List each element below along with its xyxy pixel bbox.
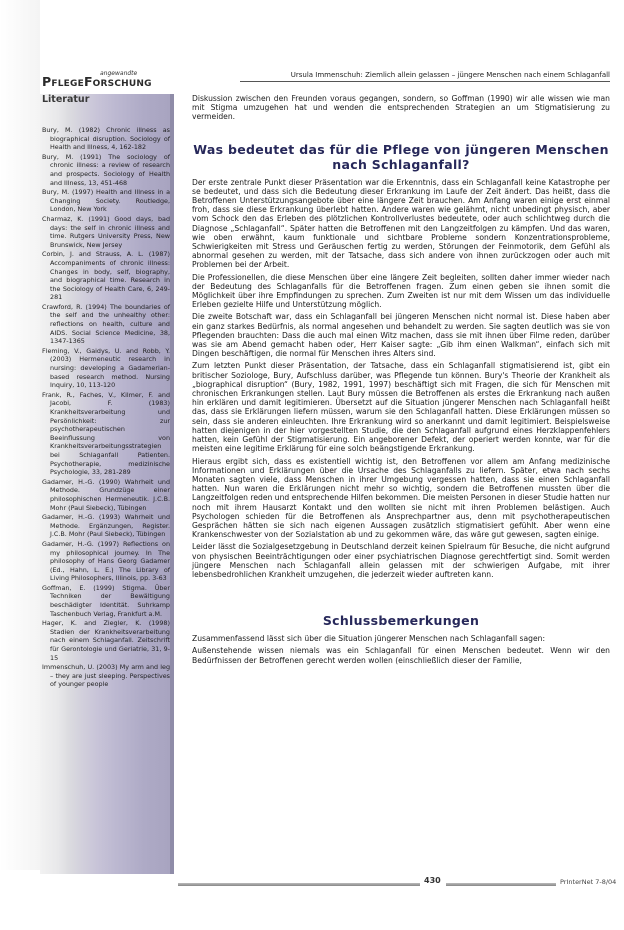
reference-item: Fleming, V., Gaidys, U. and Robb, Y. (20… [42,347,170,390]
body-paragraph: Der erste zentrale Punkt dieser Präsenta… [192,178,610,270]
body-paragraph: Leider lässt die Sozialgesetzgebung in D… [192,542,610,579]
reference-item: Frank, R., Faches, V., Kilmer, F. and Ja… [42,391,170,477]
article-body: Diskussion zwischen den Freunden voraus … [192,94,610,668]
reference-item: Gadamer, H.-G. (1990) Wahrheit und Metho… [42,478,170,512]
intro-paragraph: Diskussion zwischen den Freunden voraus … [192,94,610,122]
page-number: 430 [424,876,441,885]
reference-item: Gadamer, H.-G. (1997) Reflections on my … [42,540,170,583]
page-margin-gradient [0,0,40,870]
body-paragraph: Die zweite Botschaft war, dass ein Schla… [192,312,610,358]
logo-part-pflege: Pflege [42,74,84,89]
body-paragraph: Außenstehende wissen niemals was ein Sch… [192,646,610,664]
sidebar-title: Literatur [42,94,89,105]
body-paragraph: Zusammenfassend lässt sich über die Situ… [192,634,610,643]
reference-item: Immenschuh, U. (2003) My arm and leg – t… [42,663,170,689]
section-heading-pflege: Was bedeutet das für die Pflege von jüng… [192,142,610,172]
reference-item: Charmaz, K. (1991) Good days, bad days: … [42,215,170,249]
running-head: Ursula Immenschuh: Ziemlich allein gelas… [232,71,610,79]
reference-item: Corbin, J. and Strauss, A. L. (1987) Acc… [42,250,170,302]
reference-item: Bury, M. (1982) Chronic illness as biogr… [42,126,170,152]
footer-rule-left [178,883,420,886]
reference-item: Gadamer, H.-G. (1993) Wahrheit und Metho… [42,513,170,539]
section-heading-schlussbemerkungen: Schlussbemerkungen [192,613,610,628]
reference-item: Bury, M. (1997) Health and Illness in a … [42,188,170,214]
issue-label: PrInterNet 7-8/04 [560,878,616,886]
reference-item: Crawford, R. (1994) The boundaries of th… [42,303,170,346]
footer-rule-right [446,883,556,886]
body-paragraph: Hieraus ergibt sich, dass es existentiel… [192,457,610,540]
reference-list: Bury, M. (1982) Chronic illness as biogr… [42,126,170,690]
journal-logo: PflegeForschung [42,74,152,89]
header-rule [240,81,610,82]
body-paragraph: Die Professionellen, die diese Menschen … [192,273,610,310]
logo-part-forschung: Forschung [84,74,152,89]
reference-item: Hager, K. and Ziegler, K. (1998) Stadien… [42,619,170,662]
reference-item: Goffman, E. (1999) Stigma. Über Technike… [42,584,170,618]
body-paragraph: Zum letzten Punkt dieser Präsentation, d… [192,361,610,453]
reference-item: Bury, M. (1991) The sociology of chronic… [42,153,170,187]
